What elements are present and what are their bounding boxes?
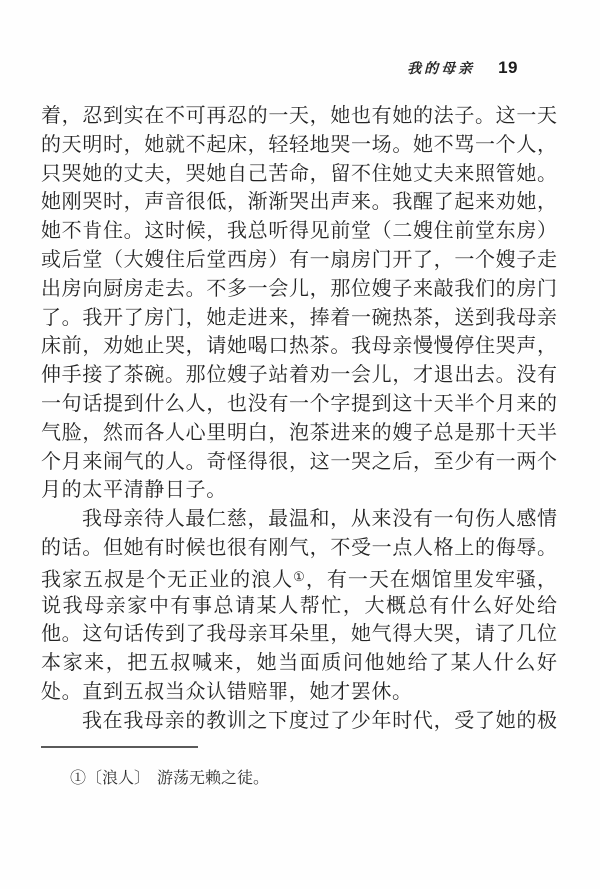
text-line: 说我母亲家中有事总请某人帮忙，大概总有什么好处给 (41, 592, 557, 621)
text-line: 气脸，然而各人心里明白，泡茶进来的嫂子总是那十天半 (41, 419, 557, 448)
text-segment: ，有一天在烟馆里发牢骚， (306, 569, 557, 591)
text-segment: 我家五叔是个无正业的浪人 (41, 569, 293, 591)
footnote-marker: ① (70, 770, 86, 787)
text-line: 个月来闹气的人。奇怪得很，这一哭之后，至少有一两个 (41, 448, 557, 477)
text-line: 着，忍到实在不可再忍的一天，她也有她的法子。这一天 (41, 102, 557, 131)
text-line: 伸手接了茶碗。那位嫂子站着劝一会儿，才退出去。没有 (41, 361, 557, 390)
page-number: 19 (498, 58, 518, 78)
text-line: 床前，劝她止哭，请她喝口热茶。我母亲慢慢停住哭声， (41, 332, 557, 361)
text-line: 只哭她的丈夫，哭她自己苦命，留不住她丈夫来照管她。 (41, 160, 557, 189)
text-line: 了。我开了房门，她走进来，捧着一碗热茶，送到我母亲 (41, 304, 557, 333)
footnote-definition: 游荡无赖之徒。 (157, 770, 269, 787)
text-line: 出房向厨房走去。不多一会儿，那位嫂子来敲我们的房门 (41, 275, 557, 304)
text-line: 的天明时，她就不起床，轻轻地哭一场。她不骂一个人， (41, 131, 557, 160)
footnote-term: 〔浪人〕 (86, 770, 150, 787)
text-line: 月的太平清静日子。 (41, 476, 557, 505)
footnote-divider (41, 746, 198, 748)
running-title: 我的母亲 (407, 58, 475, 78)
footnote-ref-mark: ① (293, 569, 306, 584)
text-line-with-footnote-ref: 我家五叔是个无正业的浪人①，有一天在烟馆里发牢骚， (41, 563, 557, 592)
text-line: 她不肯住。这时候，我总听得见前堂（二嫂住前堂东房） (41, 217, 557, 246)
text-line: 的话。但她有时候也很有刚气，不受一点人格上的侮辱。 (41, 534, 557, 563)
text-line: 他。这句话传到了我母亲耳朵里，她气得大哭，请了几位 (41, 620, 557, 649)
text-line: 我在我母亲的教训之下度过了少年时代，受了她的极 (41, 707, 557, 736)
text-line: 我母亲待人最仁慈，最温和，从来没有一句伤人感情 (41, 505, 557, 534)
text-line: 她刚哭时，声音很低，渐渐哭出声来。我醒了起来劝她， (41, 188, 557, 217)
text-line: 一句话提到什么人，也没有一个字提到这十天半个月来的 (41, 390, 557, 419)
page-header: 我的母亲 19 (407, 58, 518, 78)
book-page: 我的母亲 19 着，忍到实在不可再忍的一天，她也有她的法子。这一天 的天明时，她… (0, 0, 600, 889)
text-line: 或后堂（大嫂住后堂西房）有一扇房门开了，一个嫂子走 (41, 246, 557, 275)
text-line: 本家来，把五叔喊来，她当面质问他她给了某人什么好 (41, 649, 557, 678)
text-line: 处。直到五叔当众认错赔罪，她才罢休。 (41, 678, 557, 707)
footnote: ①〔浪人〕游荡无赖之徒。 (70, 768, 269, 790)
body-text: 着，忍到实在不可再忍的一天，她也有她的法子。这一天 的天明时，她就不起床，轻轻地… (41, 102, 557, 736)
